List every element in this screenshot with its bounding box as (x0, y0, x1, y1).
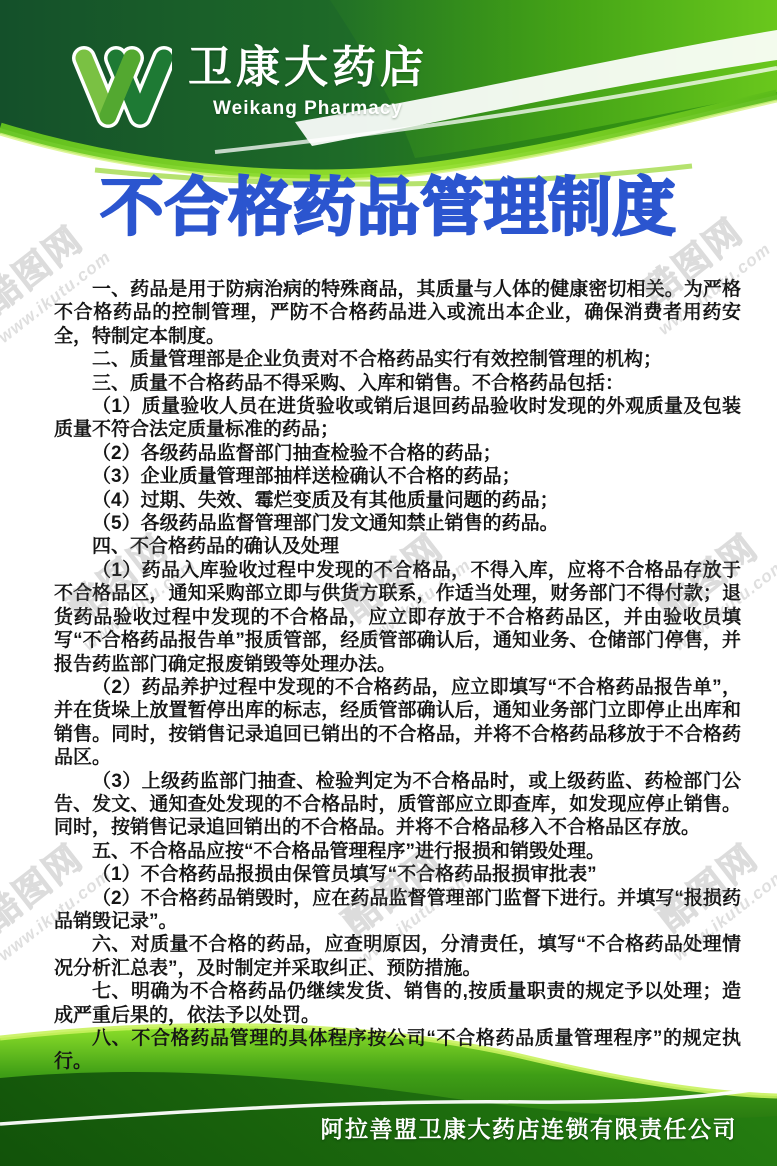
body-paragraph: （4）过期、失效、霉烂变质及有其他质量问题的药品； (54, 489, 741, 512)
body-paragraph: （1）药品入库验收过程中发现的不合格品，不得入库，应将不合格品存放于不合格品区，… (54, 559, 741, 676)
policy-body: 一、药品是用于防病治病的特殊商品，其质量与人体的健康密切相关。为严格不合格药品的… (0, 278, 777, 1074)
brand-block: 卫康大药店 Weikang Pharmacy (72, 44, 428, 130)
body-paragraph: 一、药品是用于防病治病的特殊商品，其质量与人体的健康密切相关。为严格不合格药品的… (54, 278, 741, 348)
body-paragraph: 三、质量不合格药品不得采购、入库和销售。不合格药品包括： (54, 372, 741, 395)
body-paragraph: （3）企业质量管理部抽样送检确认不合格的药品； (54, 465, 741, 488)
body-paragraph: （2）药品养护过程中发现的不合格药品，应立即填写“不合格药品报告单”，并在货垛上… (54, 676, 741, 770)
body-paragraph: （5）各级药品监督管理部门发文通知禁止销售的药品。 (54, 512, 741, 535)
poster: 卫康大药店 Weikang Pharmacy 不合格药品管理制度 一、药品是用于… (0, 0, 777, 1166)
body-paragraph: 八、不合格药品管理的具体程序按公司“不合格药品质量管理程序”的规定执行。 (54, 1027, 741, 1074)
body-paragraph: 七、明确为不合格药品仍继续发货、销售的,按质量职责的规定予以处理；造成严重后果的… (54, 980, 741, 1027)
body-paragraph: 五、不合格品应按“不合格品管理程序”进行报损和销毁处理。 (54, 840, 741, 863)
body-paragraph: （3）上级药监部门抽查、检验判定为不合格品时，或上级药监、药检部门公告、发文、通… (54, 770, 741, 840)
header-banner: 卫康大药店 Weikang Pharmacy (0, 0, 777, 200)
brand-name-cn: 卫康大药店 (188, 44, 428, 92)
brand-name-en: Weikang Pharmacy (188, 98, 428, 120)
body-paragraph: 二、质量管理部是企业负责对不合格药品实行有效控制管理的机构； (54, 348, 741, 371)
body-paragraph: （2）不合格药品销毁时，应在药品监督管理部门监督下进行。并填写“报损药品销毁记录… (54, 887, 741, 934)
body-paragraph: （1）质量验收人员在进货验收或销后退回药品验收时发现的外观质量及包装质量不符合法… (54, 395, 741, 442)
body-paragraph: 六、对质量不合格的药品，应查明原因，分清责任，填写“不合格药品处理情况分析汇总表… (54, 933, 741, 980)
poster-title: 不合格药品管理制度 (0, 172, 777, 244)
body-paragraph: （2）各级药品监督部门抽查检验不合格的药品； (54, 442, 741, 465)
company-name: 阿拉善盟卫康大药店连锁有限责任公司 (321, 1111, 738, 1144)
body-paragraph: （1）不合格药品报损由保管员填写“不合格药品报损审批表” (54, 863, 741, 886)
brand-text: 卫康大药店 Weikang Pharmacy (188, 44, 428, 120)
pharmacy-w-logo-icon (72, 44, 172, 130)
body-paragraph: 四、不合格药品的确认及处理 (54, 535, 741, 558)
